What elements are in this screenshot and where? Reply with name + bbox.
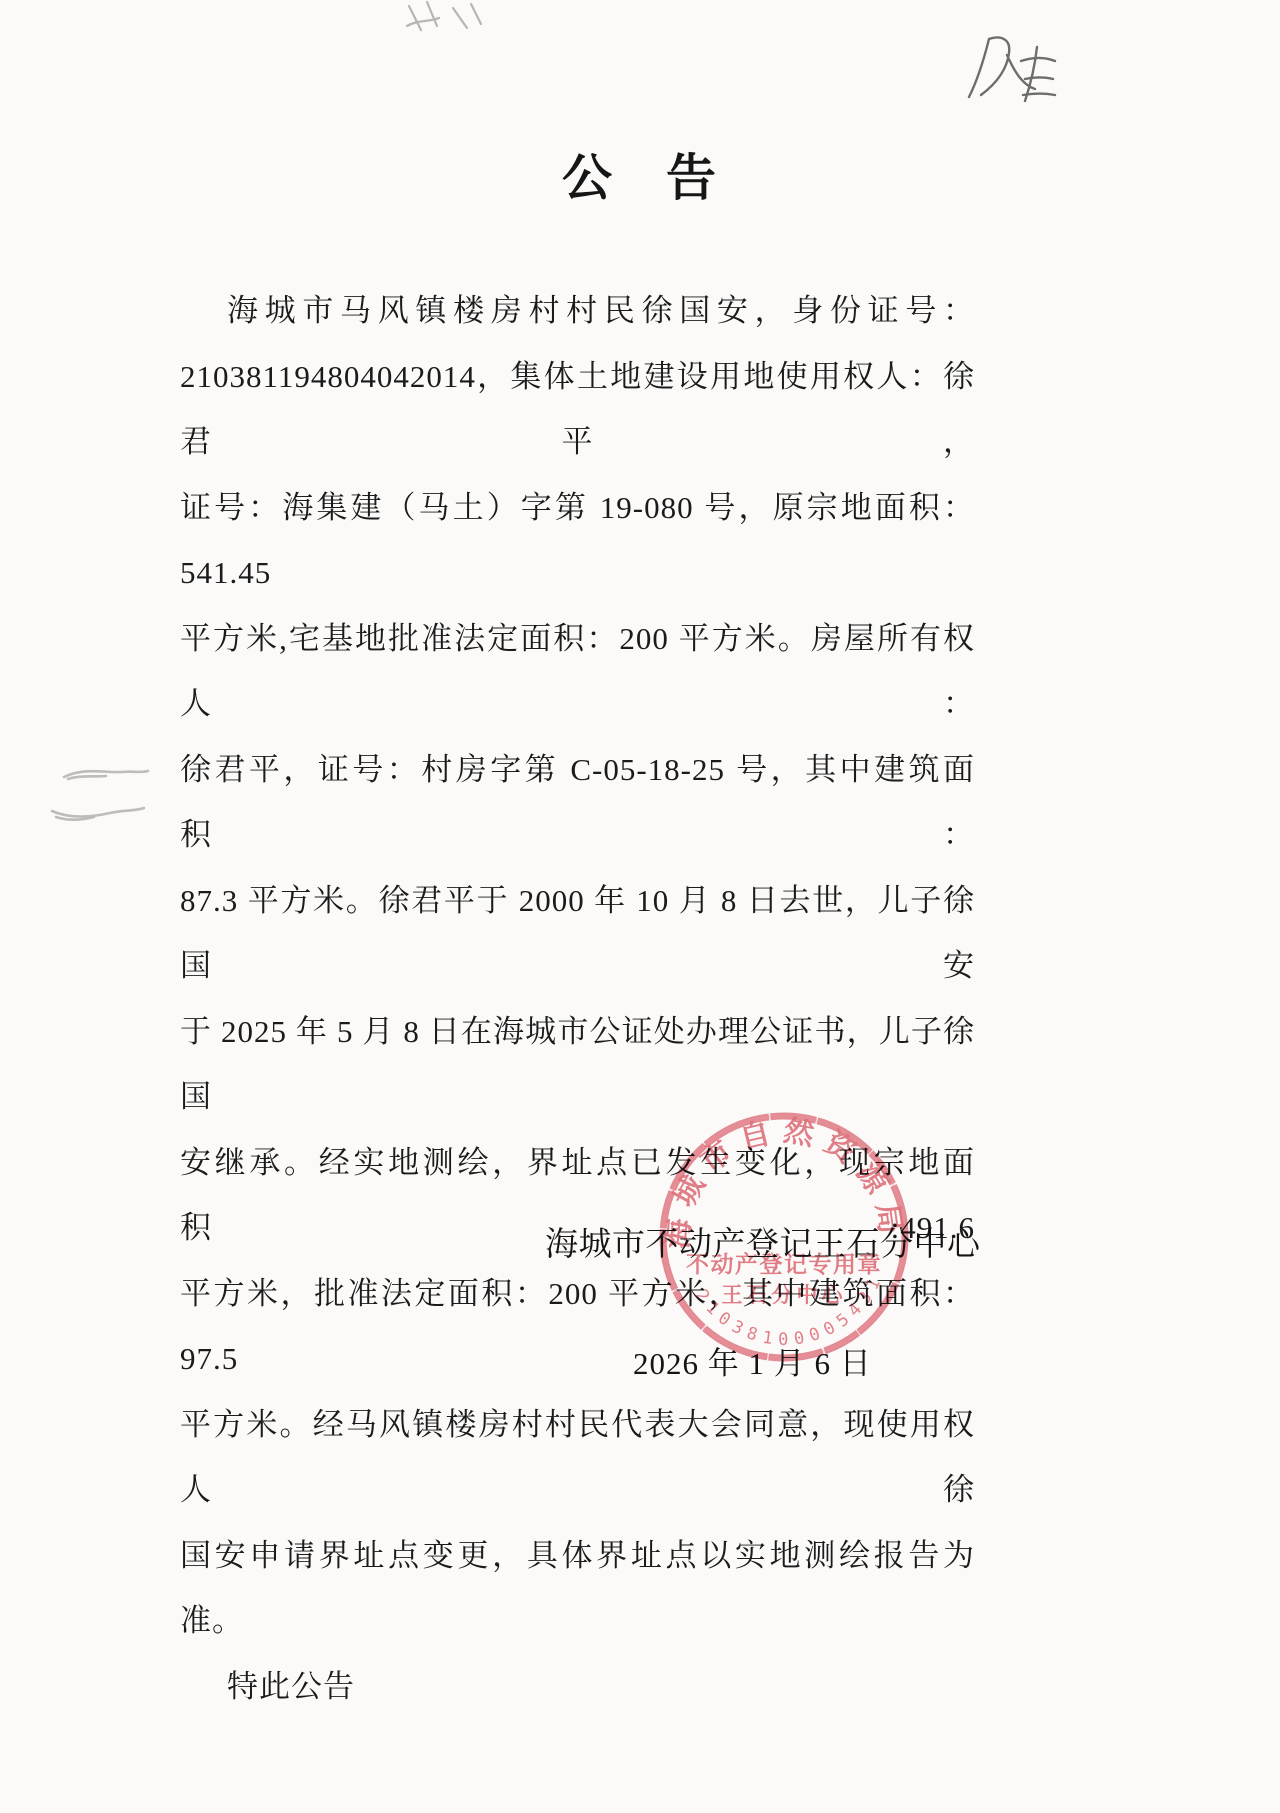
seal-branch-text: 王石分中心 (722, 1283, 847, 1307)
document-date: 2026 年 1 月 6 日 (633, 1338, 872, 1383)
document-title: 公 告 (0, 138, 1280, 210)
body-line: 国安申请界址点变更，具体界址点以实地测绘报告为准。 (180, 1523, 975, 1654)
closing-line: 特此公告 (180, 1654, 975, 1720)
document-body: 海城市马风镇楼房村村民徐国安，身份证号： 210381194804042014，… (180, 278, 975, 1719)
issuer-name: 海城市不动产登记王石分中心 (545, 1218, 981, 1265)
body-line: 平方米。经马风镇楼房村村民代表大会同意，现使用权人徐 (180, 1392, 975, 1523)
body-line: 87.3 平方米。徐君平于 2000 年 10 月 8 日去世，儿子徐国安 (180, 868, 975, 999)
pen-scribble-icon (395, 0, 490, 48)
body-line: 证号：海集建（马土）字第 19-080 号，原宗地面积：541.45 (180, 475, 975, 606)
body-line: 210381194804042014，集体土地建设用地使用权人：徐君平， (180, 344, 975, 475)
announcement-document: 公 告 海城市马风镇楼房村村民徐国安，身份证号： 210381194804042… (0, 0, 1280, 1813)
body-line: 平方米,宅基地批准法定面积：200 平方米。房屋所有权人： (180, 606, 975, 737)
body-line: 海城市马风镇楼房村村民徐国安，身份证号： (180, 278, 975, 344)
pen-strokes-icon (46, 755, 151, 830)
handwritten-note-icon (963, 25, 1063, 120)
body-line: 徐君平，证号：村房字第 C-05-18-25 号，其中建筑面积： (180, 737, 975, 868)
